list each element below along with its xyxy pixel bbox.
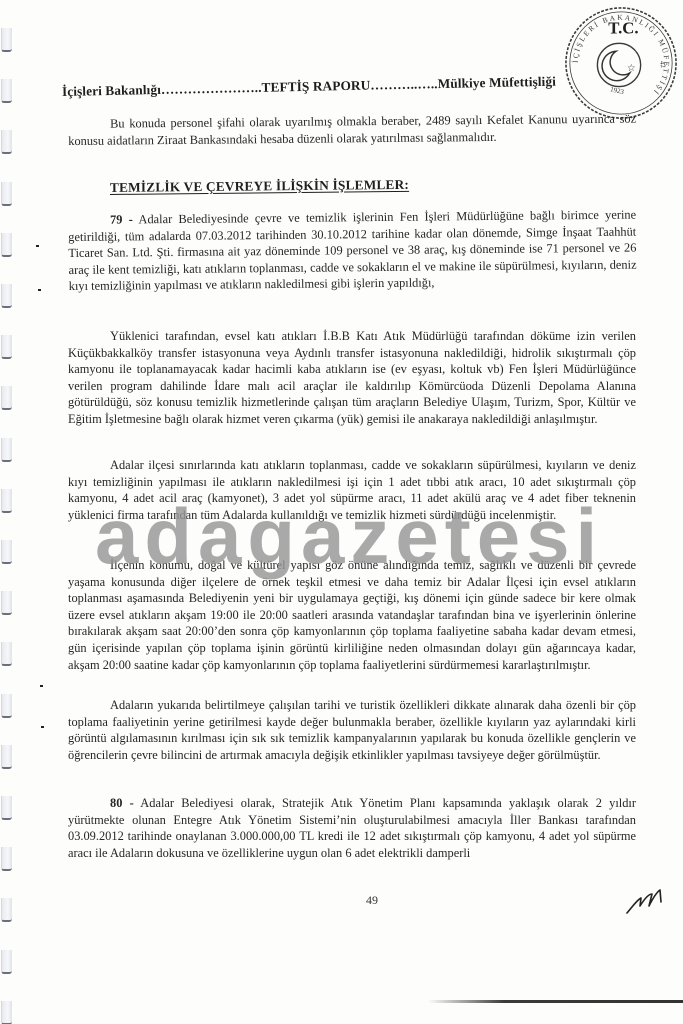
- binding-ring: [1, 28, 12, 52]
- binding-ring: [1, 642, 12, 666]
- margin-mark: [38, 289, 41, 291]
- binding-ring: [1, 950, 12, 974]
- binding-ring: [1, 796, 12, 820]
- item-80-number: 80 -: [110, 796, 134, 810]
- crescent-icon: [602, 51, 630, 80]
- page-number: 49: [366, 893, 378, 908]
- header-dots-2: ………..…..: [370, 76, 438, 92]
- binding-ring: [1, 130, 12, 154]
- binding-ring: [1, 284, 12, 308]
- paragraph-collection-schedule: İlçenin konumu, doğal ve kültürel yapısı…: [68, 557, 636, 673]
- binding-ring: [1, 847, 12, 871]
- binding-ring: [1, 386, 12, 410]
- stamp-year: 1923: [609, 86, 624, 96]
- item-79: 79 - Adalar Belediyesinde çevre ve temiz…: [68, 207, 637, 295]
- item-80: 80 - Adalar Belediyesi olarak, Stratejik…: [68, 795, 636, 861]
- binding-ring: [1, 335, 12, 359]
- margin-mark: [40, 685, 43, 687]
- margin-mark: [36, 245, 39, 247]
- binding-holes: [0, 0, 20, 1024]
- svg-text:☆: ☆: [627, 63, 636, 74]
- section-heading: TEMİZLİK VE ÇEVREYE İLİŞKİN İŞLEMLER:: [110, 177, 409, 196]
- binding-ring: [1, 489, 12, 513]
- item-80-text: Adalar Belediyesi olarak, Stratejik Atık…: [68, 796, 636, 860]
- binding-ring: [1, 540, 12, 564]
- binding-ring: [1, 898, 12, 922]
- paragraph-recommendation: Adaların yukarıda belirtilmeye çalışılan…: [68, 697, 636, 763]
- binding-ring: [1, 233, 12, 257]
- item-79-text: Adalar Belediyesinde çevre ve temizlik i…: [68, 208, 636, 294]
- report-header: İçişleri Bakanlığı…………………..TEFTİŞ RAPORU…: [62, 73, 582, 100]
- paragraph-contractor: Yüklenici tarafından, evsel katı atıklar…: [68, 328, 636, 428]
- margin-mark: [41, 726, 44, 728]
- binding-ring: [1, 591, 12, 615]
- binding-ring: [1, 438, 12, 462]
- paragraph-vehicles: Adalar ilçesi sınırlarında katı atıkları…: [68, 457, 636, 523]
- binding-ring: [1, 182, 12, 206]
- page-edge-shadow: [428, 1000, 683, 1003]
- signature-icon: [625, 888, 665, 916]
- binding-ring: [1, 79, 12, 103]
- intro-paragraph: Bu konuda personel şifahi olarak uyarılm…: [68, 111, 636, 150]
- header-dots-1: …………………..: [161, 80, 262, 97]
- document-page: İçişleri Bakanlığı…………………..TEFTİŞ RAPORU…: [0, 0, 683, 1024]
- official-stamp-icon: ☆ T.C. 1923 42 İÇİŞLERİ BAKANLIĞI MÜFETT…: [562, 4, 680, 122]
- binding-ring: [1, 1001, 12, 1024]
- ministry-name: İçişleri Bakanlığı: [62, 82, 161, 99]
- binding-ring: [1, 745, 12, 769]
- binding-ring: [1, 694, 12, 718]
- item-79-number: 79 -: [110, 212, 133, 226]
- report-title: TEFTİŞ RAPORU: [261, 78, 370, 95]
- inspectorate-name: Mülkiye Müfettişliği: [437, 74, 556, 91]
